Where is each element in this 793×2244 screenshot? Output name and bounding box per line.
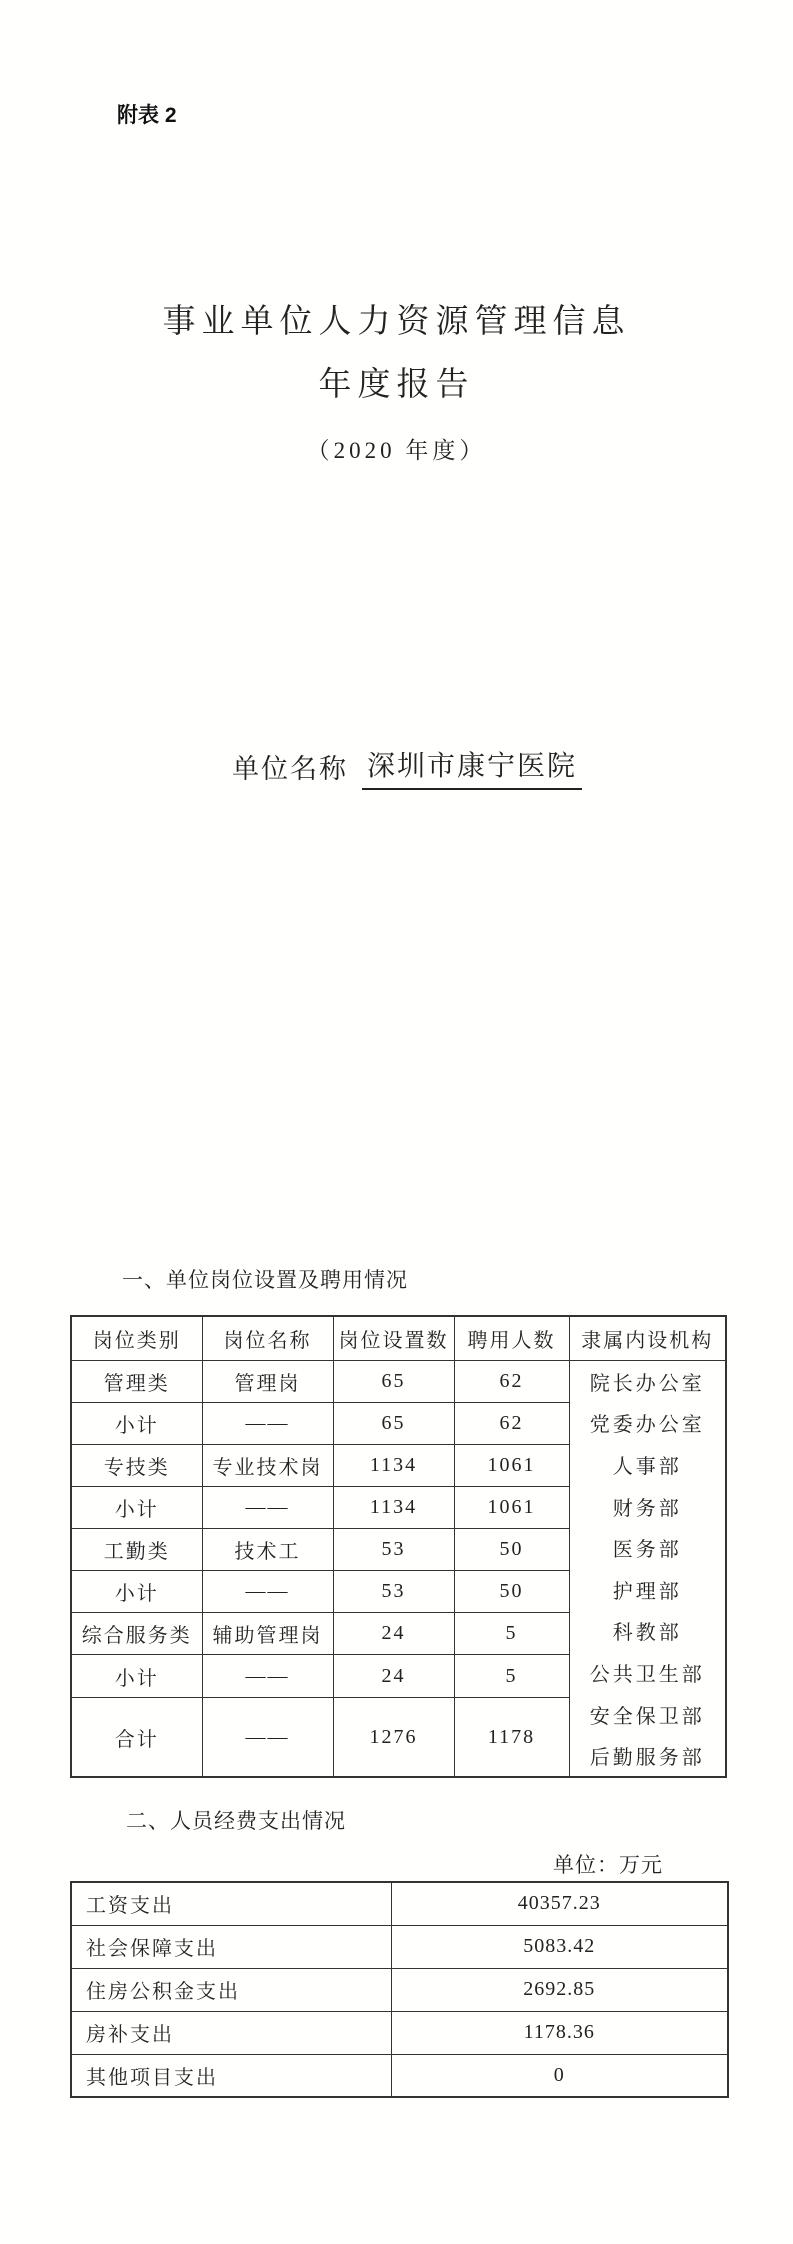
cell-position-name: 专业技术岗 (202, 1444, 333, 1486)
expense-label: 工资支出 (71, 1882, 391, 1925)
cell-positions-set: 1276 (333, 1697, 454, 1777)
expense-label: 社会保障支出 (71, 1925, 391, 1968)
department-item: 院长办公室 (570, 1361, 726, 1403)
department-item: 公共卫生部 (570, 1652, 726, 1694)
department-item: 医务部 (570, 1527, 726, 1569)
cell-positions-set: 65 (333, 1360, 454, 1402)
cell-position-name: —— (202, 1402, 333, 1444)
cell-positions-set: 24 (333, 1655, 454, 1697)
department-item: 党委办公室 (570, 1402, 726, 1444)
cell-employed: 5 (454, 1655, 569, 1697)
expense-value: 2692.85 (391, 1968, 728, 2011)
table-row: 社会保障支出 5083.42 (71, 1925, 728, 1968)
cell-positions-set: 1134 (333, 1444, 454, 1486)
col-header-employed: 聘用人数 (454, 1316, 569, 1360)
unit-name-label: 单位名称 (232, 747, 348, 790)
department-item: 后勤服务部 (570, 1735, 726, 1777)
report-year: （2020 年度） (0, 432, 793, 465)
report-title-line2: 年度报告 (0, 358, 793, 405)
department-item: 护理部 (570, 1568, 726, 1610)
cell-category: 工勤类 (71, 1529, 202, 1571)
cell-category: 合计 (71, 1697, 202, 1777)
col-header-position-name: 岗位名称 (202, 1316, 333, 1360)
cell-category: 小计 (71, 1486, 202, 1528)
cell-positions-set: 53 (333, 1571, 454, 1613)
cell-employed: 62 (454, 1402, 569, 1444)
department-item: 科教部 (570, 1610, 726, 1652)
attachment-label: 附表 2 (117, 99, 177, 129)
col-header-positions-set: 岗位设置数 (333, 1316, 454, 1360)
cell-category: 专技类 (71, 1444, 202, 1486)
report-title-line1: 事业单位人力资源管理信息 (0, 295, 793, 342)
section1-heading: 一、单位岗位设置及聘用情况 (122, 1264, 408, 1294)
departments-list: 院长办公室 党委办公室 人事部 财务部 医务部 护理部 科教部 公共卫生部 安全… (570, 1361, 726, 1777)
currency-unit-note: 单位：万元 (553, 1849, 663, 1879)
cell-employed: 62 (454, 1360, 569, 1402)
col-header-category: 岗位类别 (71, 1316, 202, 1360)
cell-employed: 50 (454, 1529, 569, 1571)
expenditure-table: 工资支出 40357.23 社会保障支出 5083.42 住房公积金支出 269… (70, 1881, 729, 2098)
expense-label: 住房公积金支出 (71, 1968, 391, 2011)
cell-position-name: —— (202, 1655, 333, 1697)
table-row: 工资支出 40357.23 (71, 1882, 728, 1925)
department-item: 人事部 (570, 1444, 726, 1486)
cell-positions-set: 65 (333, 1402, 454, 1444)
cell-positions-set: 1134 (333, 1486, 454, 1528)
expense-value: 0 (391, 2054, 728, 2097)
departments-cell: 院长办公室 党委办公室 人事部 财务部 医务部 护理部 科教部 公共卫生部 安全… (569, 1360, 726, 1777)
cell-employed: 50 (454, 1571, 569, 1613)
cell-category: 小计 (71, 1655, 202, 1697)
unit-name-line: 单位名称 深圳市康宁医院 (232, 744, 582, 790)
cell-category: 小计 (71, 1402, 202, 1444)
expense-label: 其他项目支出 (71, 2054, 391, 2097)
position-table: 岗位类别 岗位名称 岗位设置数 聘用人数 隶属内设机构 管理类 管理岗 65 6… (70, 1315, 727, 1778)
section2-heading: 二、人员经费支出情况 (126, 1805, 346, 1835)
expense-value: 1178.36 (391, 2011, 728, 2054)
col-header-departments: 隶属内设机构 (569, 1316, 726, 1360)
cell-position-name: —— (202, 1697, 333, 1777)
cell-positions-set: 24 (333, 1613, 454, 1655)
expense-value: 5083.42 (391, 1925, 728, 1968)
cell-position-name: 管理岗 (202, 1360, 333, 1402)
cell-employed: 1061 (454, 1486, 569, 1528)
table-row: 房补支出 1178.36 (71, 2011, 728, 2054)
cell-positions-set: 53 (333, 1529, 454, 1571)
cell-category: 小计 (71, 1571, 202, 1613)
cell-position-name: —— (202, 1486, 333, 1528)
table-row: 住房公积金支出 2692.85 (71, 1968, 728, 2011)
unit-name-value: 深圳市康宁医院 (362, 744, 582, 790)
department-item: 财务部 (570, 1485, 726, 1527)
cell-employed: 5 (454, 1613, 569, 1655)
cell-position-name: —— (202, 1571, 333, 1613)
position-table-header-row: 岗位类别 岗位名称 岗位设置数 聘用人数 隶属内设机构 (71, 1316, 726, 1360)
cell-position-name: 技术工 (202, 1529, 333, 1571)
cell-employed: 1178 (454, 1697, 569, 1777)
department-item: 安全保卫部 (570, 1693, 726, 1735)
report-page: 附表 2 事业单位人力资源管理信息 年度报告 （2020 年度） 单位名称 深圳… (0, 0, 793, 2244)
expense-value: 40357.23 (391, 1882, 728, 1925)
cell-category: 管理类 (71, 1360, 202, 1402)
cell-position-name: 辅助管理岗 (202, 1613, 333, 1655)
cell-category: 综合服务类 (71, 1613, 202, 1655)
table-row: 管理类 管理岗 65 62 院长办公室 党委办公室 人事部 财务部 医务部 护理… (71, 1360, 726, 1402)
expense-label: 房补支出 (71, 2011, 391, 2054)
table-row: 其他项目支出 0 (71, 2054, 728, 2097)
cell-employed: 1061 (454, 1444, 569, 1486)
